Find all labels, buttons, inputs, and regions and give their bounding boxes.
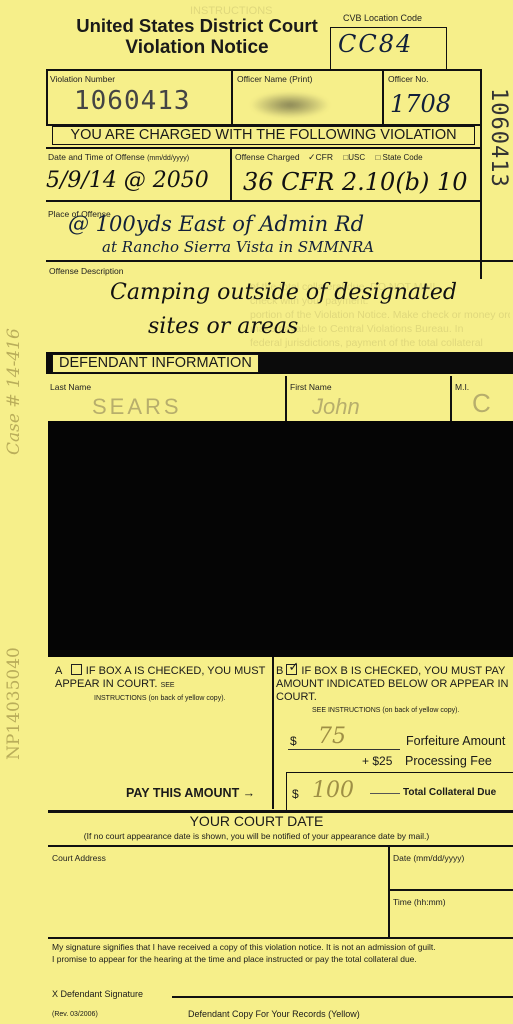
total-amount: 100 [312,778,354,803]
forfeiture-amount: 75 [318,724,346,749]
margin-case-note: Case # 14-416 [4,455,34,465]
option-a-instructions: INSTRUCTIONS (on back of yellow copy). [94,692,270,705]
last-name-value: SEARS [92,394,182,420]
court-name: United States District Court [52,15,342,37]
option-b-instructions: SEE INSTRUCTIONS (on back of yellow copy… [312,704,513,717]
option-b-text: IF BOX B IS CHECKED, YOU MUST PAY AMOUNT… [276,665,508,703]
forfeiture-label: Forfeiture Amount [406,734,505,748]
court-date-label: Date (mm/dd/yyyy) [393,853,464,863]
description-label: Offense Description [49,266,124,276]
option-cfr[interactable]: ✓CFR [308,152,333,162]
notice-type: Violation Notice [52,37,342,59]
side-violation-number: 1060413 [482,88,512,228]
processing-label: Processing Fee [405,754,492,768]
offense-charged-label: Offense Charged ✓CFR □USC □ State Code [235,152,423,163]
option-a: A IF BOX A IS CHECKED, YOU MUST APPEAR I… [55,664,270,705]
redacted-block [48,421,513,657]
option-b-checkbox[interactable]: ✓ [286,664,297,675]
violation-number: 1060413 [74,86,191,116]
signature-statement: My signature signifies that I have recei… [52,941,436,965]
mi-label: M.I. [455,382,469,392]
forfeiture-currency: $ [290,734,297,748]
last-name-label: Last Name [50,382,91,392]
option-b-letter: B [276,665,283,677]
mi-value: C [472,388,491,419]
signature-line[interactable] [172,996,513,998]
option-b: B ✓IF BOX B IS CHECKED, YOU MUST PAY AMO… [276,664,513,717]
description-line-1: Camping outside of designated [110,280,457,305]
date-time-value: 5/9/14 @ 2050 [46,168,209,193]
officer-name-label: Officer Name (Print) [237,74,312,84]
check-icon: ✓ [308,152,316,162]
option-a-checkbox[interactable] [71,664,82,675]
charged-banner: YOU ARE CHARGED WITH THE FOLLOWING VIOLA… [52,126,475,145]
side-number-text: 1060413 [486,88,511,188]
processing-fee: + $25 [362,754,392,768]
officer-name-blurred [250,92,330,118]
officer-no: 1708 [390,90,451,118]
offense-charged-value: 36 CFR 2.10(b) 10 [243,168,468,196]
option-state-code[interactable]: □ State Code [375,153,422,162]
description-line-2: sites or areas [148,314,298,339]
revision: (Rev. 03/2006) [52,1011,98,1018]
court-address-label: Court Address [52,853,106,863]
copy-label: Defendant Copy For Your Records (Yellow) [188,1009,360,1019]
pay-this-amount-label: PAY THIS AMOUNT → [126,786,255,800]
court-date-title: YOUR COURT DATE [0,813,513,829]
option-a-letter: A [55,665,62,677]
total-label: Total Collateral Due [403,787,496,798]
place-line-1: @ 100yds East of Admin Rd [68,212,364,236]
total-currency: $ [292,787,299,801]
first-name-label: First Name [290,382,332,392]
option-usc[interactable]: □USC [343,153,365,162]
defendant-banner: DEFENDANT INFORMATION [52,354,259,373]
court-date-note: (If no court appearance date is shown, y… [0,831,513,841]
margin-np-note: NP14035040 [4,760,34,770]
date-time-label: Date and Time of Offense (mm/dd/yyyy) [48,152,189,162]
violation-number-label: Violation Number [50,74,115,84]
check-icon: ✓ [288,660,299,673]
cvb-label: CVB Location Code [343,13,422,23]
cvb-value: CC84 [338,30,413,58]
court-time-label: Time (hh:mm) [393,897,446,907]
notice-title: United States District Court Violation N… [52,15,342,59]
signature-label: X Defendant Signature [52,989,143,999]
officer-no-label: Officer No. [388,74,428,84]
first-name-value: John [312,394,360,420]
place-line-2: at Rancho Sierra Vista in SMMNRA [102,238,374,256]
